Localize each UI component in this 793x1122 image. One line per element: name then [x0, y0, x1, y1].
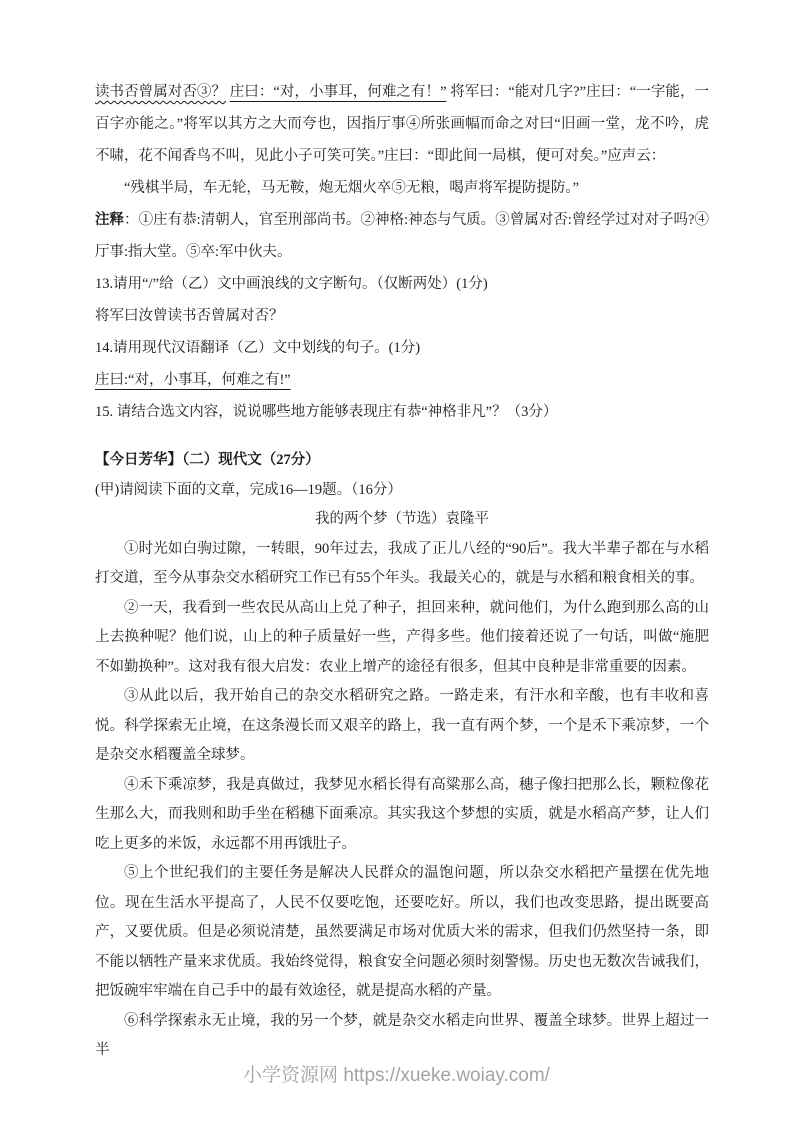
site-name-and-url: 小学资源网 https://xueke.woiay.com/ — [243, 1065, 550, 1086]
wavy-underlined-text: 读书否曾属对否③？ — [95, 84, 226, 100]
essay-paragraph: ④禾下乘凉梦，我是真做过，我梦见水稻长得有高粱那么高，穗子像扫把那么长，颗粒像花… — [95, 771, 709, 860]
question-13: 13.请用“/”给（乙）文中画浪线的文字断句。（仅断两处）(1分) — [95, 268, 709, 300]
essay-paragraph: ①时光如白驹过隙，一转眼，90年过去，我成了正儿八经的“90后”。我大半辈子都在… — [95, 535, 709, 594]
underlined-sentence: 庄曰：“对，小事耳，何难之有！” — [230, 84, 447, 100]
essay-paragraph: ⑤上个世纪我们的主要任务是解决人民群众的温饱问题，所以杂交水稻把产量摆在优先地位… — [95, 859, 709, 1007]
notes-paragraph: 注释：①庄有恭:清朝人，官至刑部尚书。②神格:神态与气质。③曾属对否:曾经学过对… — [95, 204, 709, 268]
notes-label: 注释 — [95, 212, 124, 228]
essay-title: 我的两个梦（节选）袁隆平 — [95, 505, 709, 535]
passage-continuation-paragraph: 读书否曾属对否③？ 庄曰：“对，小事耳，何难之有！” 将军曰：“能对几字?”庄曰… — [95, 76, 709, 172]
section-heading: 【今日芳华】（二）现代文（27分） — [95, 446, 709, 476]
modern-text-section: 【今日芳华】（二）现代文（27分） (甲)请阅读下面的文章，完成16—19题。（… — [95, 446, 709, 1066]
notes-text: ：①庄有恭:清朝人，官至刑部尚书。②神格:神态与气质。③曾属对否:曾经学过对对子… — [95, 212, 709, 260]
question-15: 15. 请结合选文内容，说说哪些地方能够表现庄有恭“神格非凡”？（3分） — [95, 396, 709, 428]
essay-paragraph: ⑥科学探索永无止境，我的另一个梦，就是杂交水稻走向世界、覆盖全球梦。世界上超过一… — [95, 1007, 709, 1066]
question-14: 14.请用现代汉语翻译（乙）文中划线的句子。(1分) — [95, 332, 709, 364]
verse-line: “残棋半局，车无轮，马无鞍，炮无烟火卒⑤无粮，喝声将军提防提防。” — [95, 172, 709, 204]
reading-instruction: (甲)请阅读下面的文章，完成16—19题。（16分） — [95, 476, 709, 506]
page-content: 读书否曾属对否③？ 庄曰：“对，小事耳，何难之有！” 将军曰：“能对几字?”庄曰… — [95, 76, 709, 1066]
underlined-translation-target: 庄曰:“对，小事耳，何难之有!” — [95, 372, 291, 388]
page-footer: 小学资源网 https://xueke.woiay.com/ — [0, 1060, 793, 1087]
essay-paragraph: ②一天，我看到一些农民从高山上兑了种子，担回来种，就问他们，为什么跑到那么高的山… — [95, 594, 709, 683]
question-14-underlined-sentence: 庄曰:“对，小事耳，何难之有!” — [95, 364, 709, 396]
document-page: 读书否曾属对否③？ 庄曰：“对，小事耳，何难之有！” 将军曰：“能对几字?”庄曰… — [0, 0, 793, 1122]
essay-paragraph: ③从此以后，我开始自己的杂交水稻研究之路。一路走来，有汗水和辛酸，也有丰收和喜悦… — [95, 682, 709, 771]
classical-passage-section: 读书否曾属对否③？ 庄曰：“对，小事耳，何难之有！” 将军曰：“能对几字?”庄曰… — [95, 76, 709, 428]
question-13-sentence: 将军曰汝曾读书否曾属对否？ — [95, 300, 709, 332]
